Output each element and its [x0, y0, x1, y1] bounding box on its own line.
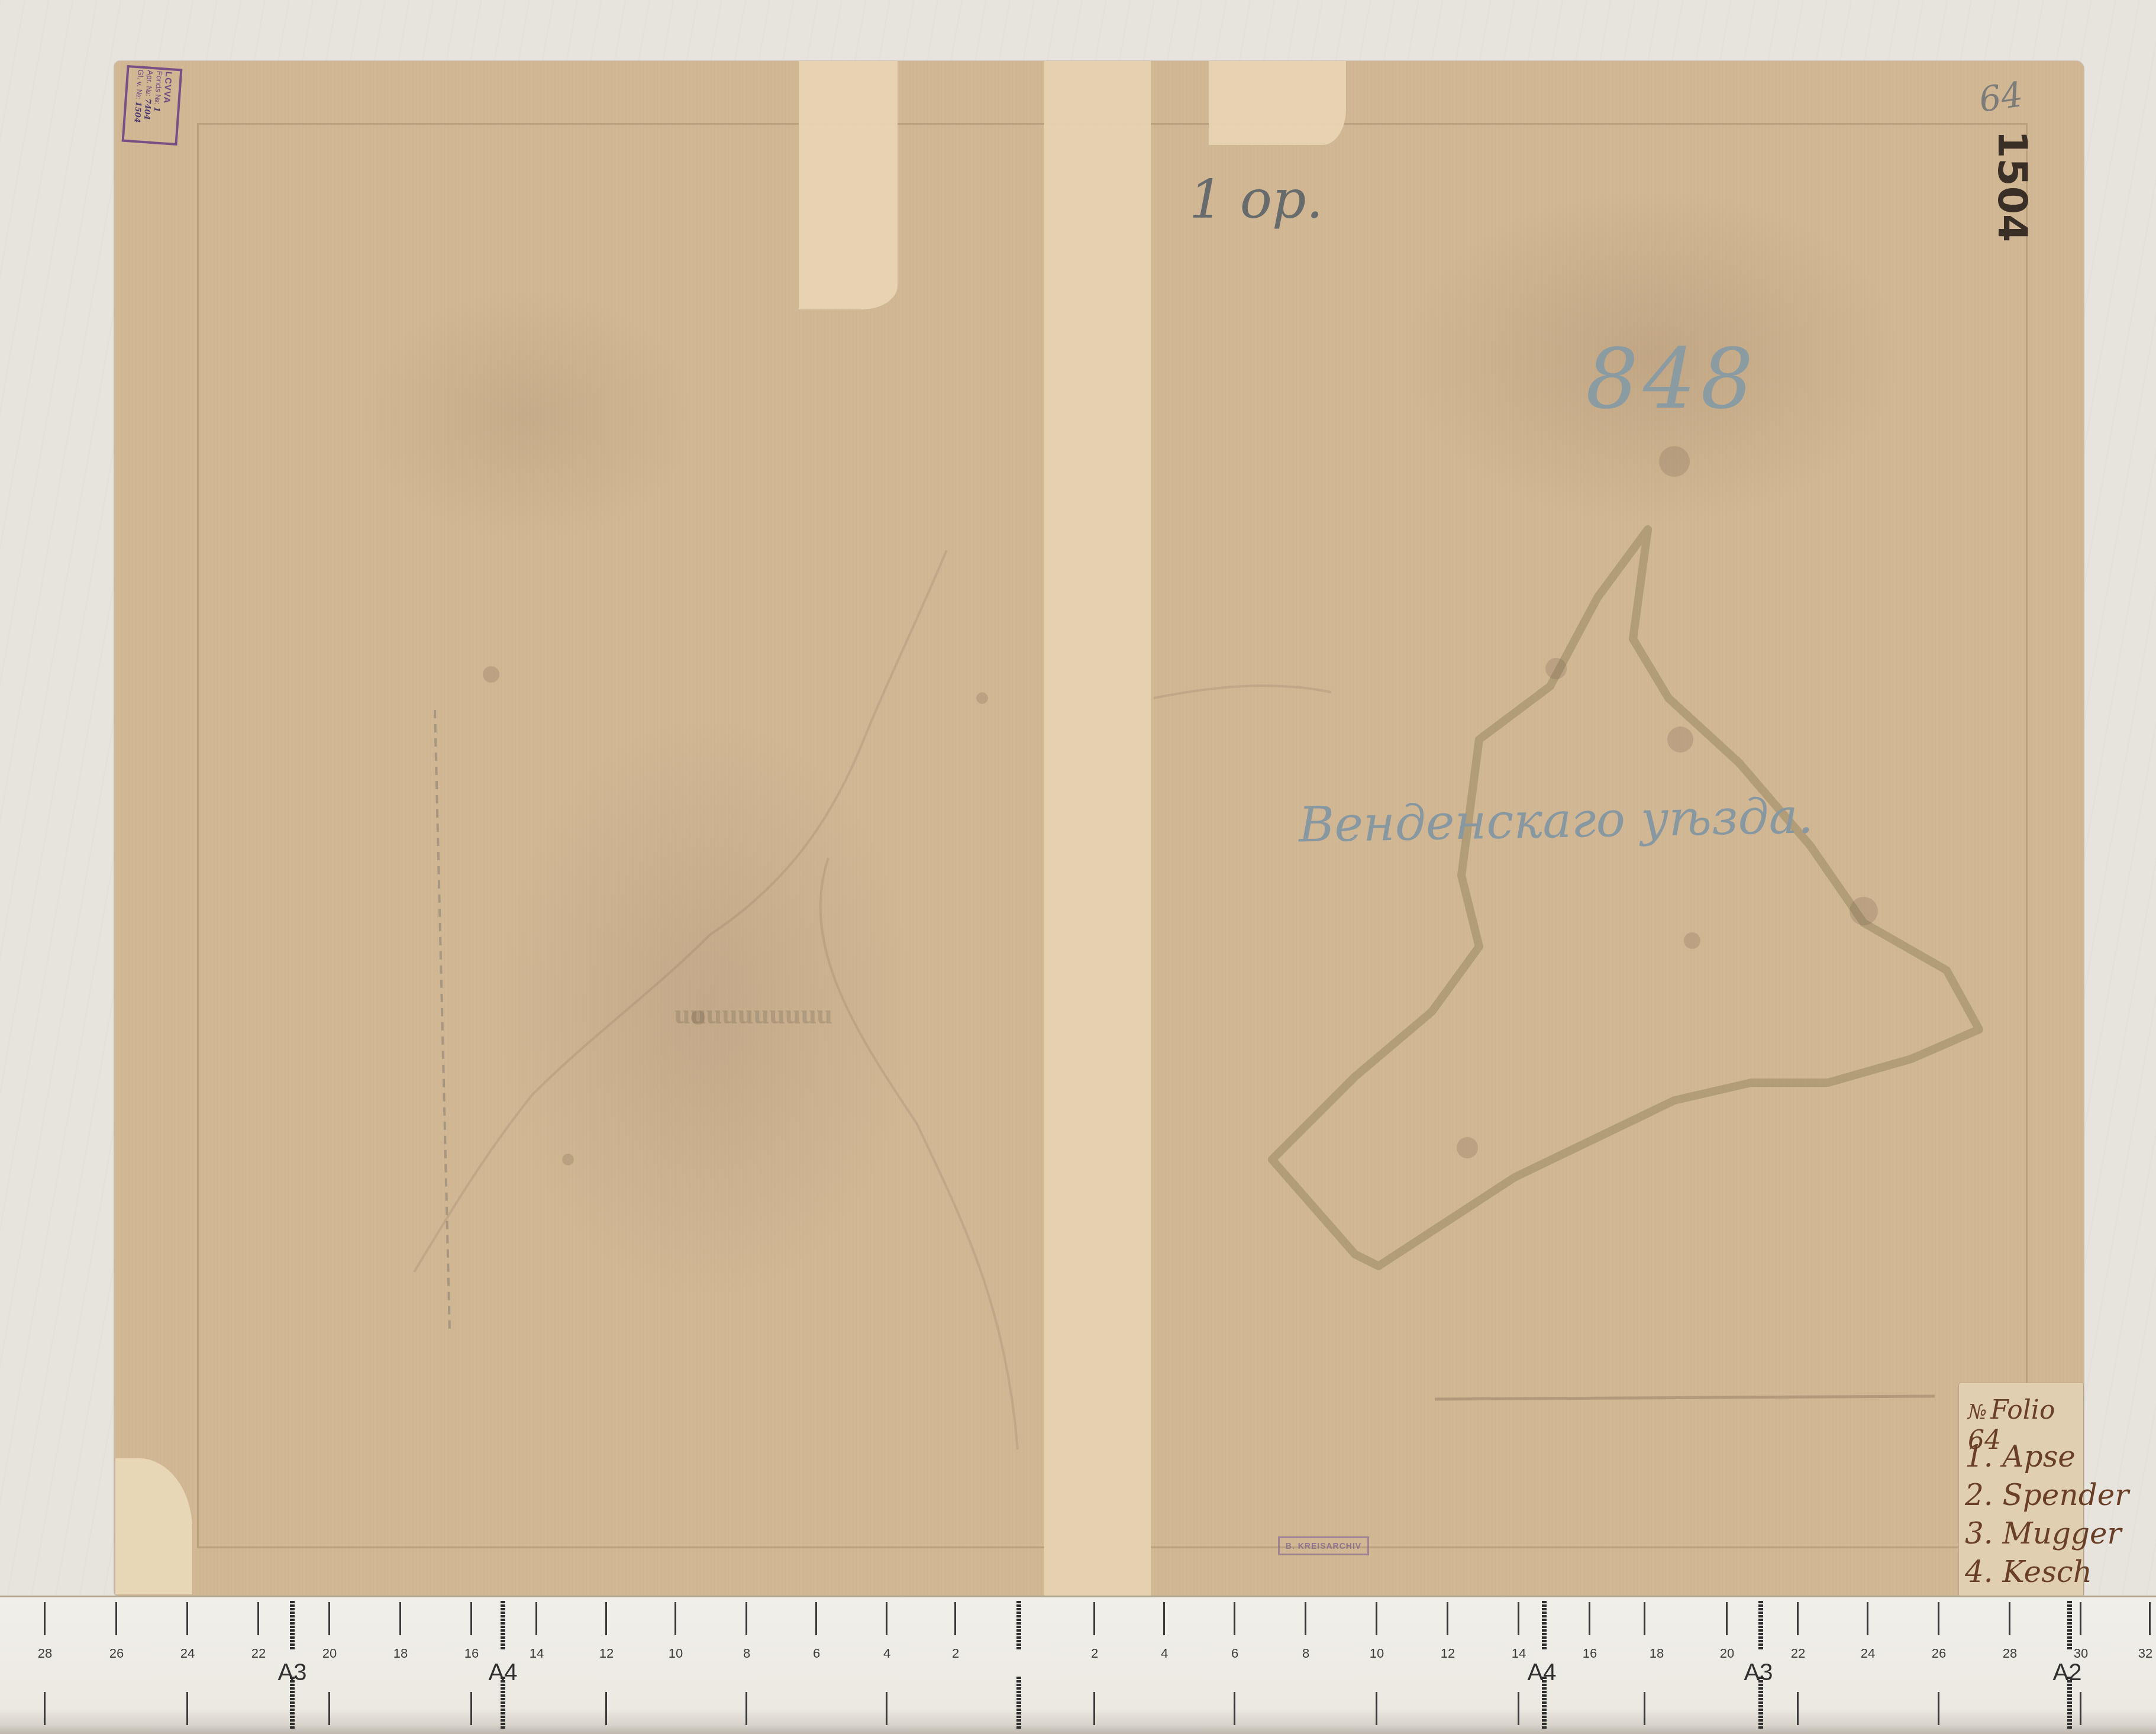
ruler-tick — [745, 1602, 747, 1635]
stamp-apr-value: 7404 — [142, 98, 152, 120]
ruler-tick — [815, 1602, 817, 1635]
ruler-tick — [2080, 1692, 2081, 1725]
ruler-center-mark — [1016, 1601, 1021, 1651]
ruler-tick — [44, 1692, 46, 1725]
ruler-tick — [1518, 1692, 1519, 1725]
ruler-label: 10 — [669, 1646, 683, 1661]
ruler-tick — [1163, 1602, 1165, 1635]
ruler-tick — [115, 1602, 117, 1635]
ruler-tick — [1234, 1602, 1235, 1635]
ruler-tick — [2149, 1602, 2151, 1635]
format-label-a4: A4 — [1528, 1659, 1557, 1686]
format-label-a4: A4 — [489, 1659, 518, 1686]
ruler-tick — [2009, 1602, 2010, 1635]
ruler-tick — [1644, 1602, 1645, 1635]
label-entry: 1. Apse — [1965, 1439, 2076, 1474]
ruler-label: 22 — [1791, 1646, 1805, 1661]
repair-tape-center — [1044, 61, 1151, 1596]
archive-stamp-lcvva: LCVVA Fonds №: 1 Apr. №: 7404 Gl. v. №: … — [122, 65, 183, 146]
ruler-tick — [257, 1602, 259, 1635]
label-entry: 2. Spender — [1965, 1478, 2129, 1512]
ruler-tick — [1938, 1602, 1939, 1635]
format-label-a2: A2 — [2053, 1659, 2082, 1686]
repair-tape-left — [799, 61, 898, 309]
measurement-ruler: 28 26 24 22 20 18 16 14 12 10 8 6 4 2 2 … — [0, 1596, 2156, 1734]
ruler-tick — [886, 1602, 887, 1635]
ruler-label: 10 — [1370, 1646, 1384, 1661]
ruler-label: 20 — [1720, 1646, 1734, 1661]
ruler-tick — [1305, 1602, 1306, 1635]
stamp-glv-value: 1504 — [132, 101, 142, 123]
folio-label-card: №Folio 64 1. Apse 2. Spender 3. Mugger 4… — [1958, 1383, 2084, 1597]
ruler-tick — [1726, 1602, 1728, 1635]
ruler-tick — [470, 1692, 472, 1725]
ruler-label: 26 — [1932, 1646, 1946, 1661]
format-label-a3: A3 — [278, 1659, 307, 1686]
ruler-label: 14 — [530, 1646, 544, 1661]
ruler-tick — [535, 1602, 537, 1635]
ruler-tick — [1093, 1602, 1095, 1635]
repair-tape-top-right — [1209, 61, 1346, 145]
ruler-label: 16 — [464, 1646, 479, 1661]
district-note: Венденскаго уѣзда. — [1298, 788, 1813, 853]
ruler-tick — [1644, 1692, 1645, 1725]
format-marker-a4 — [501, 1601, 505, 1651]
ruler-tick — [1376, 1602, 1377, 1635]
ruler-tick — [1234, 1692, 1235, 1725]
ruler-label: 12 — [599, 1646, 614, 1661]
ruler-tick — [605, 1692, 607, 1725]
ruler-tick — [186, 1692, 188, 1725]
format-marker-a3 — [290, 1601, 295, 1651]
ruler-tick — [1797, 1602, 1799, 1635]
pencil-number-848: 848 — [1586, 331, 1758, 428]
ruler-tick — [1867, 1602, 1868, 1635]
format-marker-a4 — [1542, 1601, 1547, 1651]
ruler-label: 4 — [883, 1646, 890, 1661]
ruler-tick — [399, 1602, 401, 1635]
inventory-number: 1504 — [1989, 130, 2035, 242]
label-entry: 4. Kesch — [1965, 1555, 2092, 1589]
number-sign: № — [1968, 1400, 1987, 1424]
ruler-tick — [1447, 1602, 1448, 1635]
ruler-label: 6 — [813, 1646, 820, 1661]
ruler-label: 22 — [251, 1646, 266, 1661]
pencil-folio-number: 64 — [1977, 74, 2026, 120]
ruler-tick — [1589, 1602, 1590, 1635]
stamp-fonds-value: 1 — [152, 106, 162, 112]
ruler-tick — [470, 1602, 472, 1635]
format-marker-a3 — [1758, 1601, 1763, 1651]
ruler-tick — [886, 1692, 887, 1725]
ruler-tick — [954, 1602, 956, 1635]
ruler-label: 16 — [1583, 1646, 1597, 1661]
ruler-label: 24 — [180, 1646, 195, 1661]
ruler-tick — [605, 1602, 607, 1635]
ruler-tick — [2080, 1602, 2081, 1635]
ruler-tick — [44, 1602, 46, 1635]
ruler-tick — [745, 1692, 747, 1725]
ruler-center-mark — [1016, 1677, 1021, 1729]
ruler-tick — [1518, 1602, 1519, 1635]
ruler-tick — [1797, 1692, 1799, 1725]
ruler-label: 2 — [1091, 1646, 1098, 1661]
ruler-tick — [1376, 1692, 1377, 1725]
repair-tape-bottom-left — [115, 1458, 192, 1594]
ruler-label: 4 — [1161, 1646, 1168, 1661]
label-entry: 3. Mugger — [1965, 1516, 2122, 1551]
archive-stamp-bottom: B. KREISARCHIV — [1278, 1536, 1369, 1555]
ruler-tick — [328, 1692, 330, 1725]
ruler-label: 18 — [1650, 1646, 1664, 1661]
ruler-tick — [1938, 1692, 1939, 1725]
ruler-label: 8 — [1302, 1646, 1309, 1661]
ruler-tick — [186, 1602, 188, 1635]
ruler-label: 6 — [1231, 1646, 1238, 1661]
ruler-label: 26 — [109, 1646, 124, 1661]
format-marker-a2 — [2067, 1601, 2072, 1651]
ruler-label: 28 — [2003, 1646, 2017, 1661]
ruler-label: 18 — [393, 1646, 408, 1661]
ruler-label: 12 — [1441, 1646, 1455, 1661]
stamp-apr-label: Apr. №: — [144, 70, 155, 96]
ruler-label: 14 — [1512, 1646, 1526, 1661]
ruler-label: 2 — [952, 1646, 959, 1661]
ruler-label: 8 — [743, 1646, 750, 1661]
sheet-note: 1 ор. — [1189, 169, 1323, 231]
ruler-label: 28 — [38, 1646, 52, 1661]
format-label-a3: A3 — [1744, 1659, 1773, 1686]
ruler-tick — [1093, 1692, 1095, 1725]
ruler-label: 24 — [1861, 1646, 1875, 1661]
ruler-label: 20 — [322, 1646, 337, 1661]
ruler-label: 32 — [2138, 1646, 2152, 1661]
ruler-tick — [674, 1602, 676, 1635]
ruler-tick — [328, 1602, 330, 1635]
